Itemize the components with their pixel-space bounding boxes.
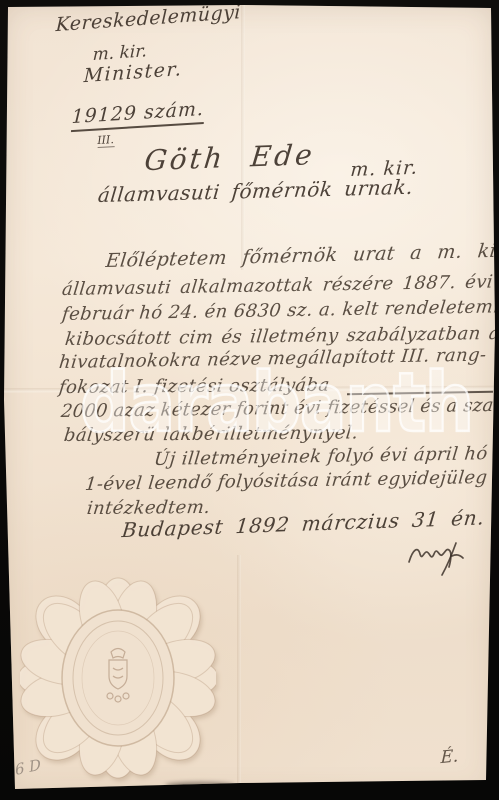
- body-paragraph1-line-3: február hó 24. én 6830 sz. a. kelt rende…: [61, 298, 499, 324]
- ink-annotation: É.: [440, 748, 458, 767]
- body-paragraph2-line-1: Új illetményeinek folyó évi ápril hó: [153, 445, 488, 469]
- signature-mark: [406, 540, 468, 578]
- addressee-name: Göth Ede: [143, 141, 316, 175]
- body-paragraph1-line-8: bályszerü lakbérilletménynyel.: [63, 424, 359, 445]
- body-paragraph1-line-5: hivatalnokokra nézve megállapított III. …: [58, 347, 487, 372]
- document-paper: Kereskedelemügyi m. kir. Minister. 19129…: [0, 0, 499, 800]
- paper-edge-shadow: [165, 782, 235, 789]
- letterhead-line-3: Minister.: [83, 60, 182, 86]
- fold-crease-vertical-top: [241, 5, 245, 270]
- photo-background: Kereskedelemügyi m. kir. Minister. 19129…: [0, 0, 499, 800]
- reference-department: III.: [97, 134, 114, 148]
- body-paragraph1-line-2: államvasuti alkalmazottak részére 1887. …: [61, 273, 494, 299]
- letterhead-line-1: Kereskedelemügyi: [55, 3, 241, 35]
- reference-number: 19129 szám.: [71, 100, 204, 132]
- addressee-title-line: államvasuti főmérnök urnak.: [97, 177, 414, 205]
- fold-crease-vertical-bottom: [237, 555, 241, 785]
- body-paragraph2-line-2: 1-ével leendő folyósitása iránt egyidejü…: [84, 469, 488, 494]
- body-paragraph1-line-7: 2000 azaz kétezer forint évi fizetéssel …: [60, 397, 499, 421]
- body-paragraph1-line-6: fokozat I. fizetési osztályába: [58, 377, 331, 397]
- embossed-seal: [20, 574, 216, 786]
- body-paragraph1-line-1: Előléptetem főmérnök urat a m. kir.: [105, 241, 499, 271]
